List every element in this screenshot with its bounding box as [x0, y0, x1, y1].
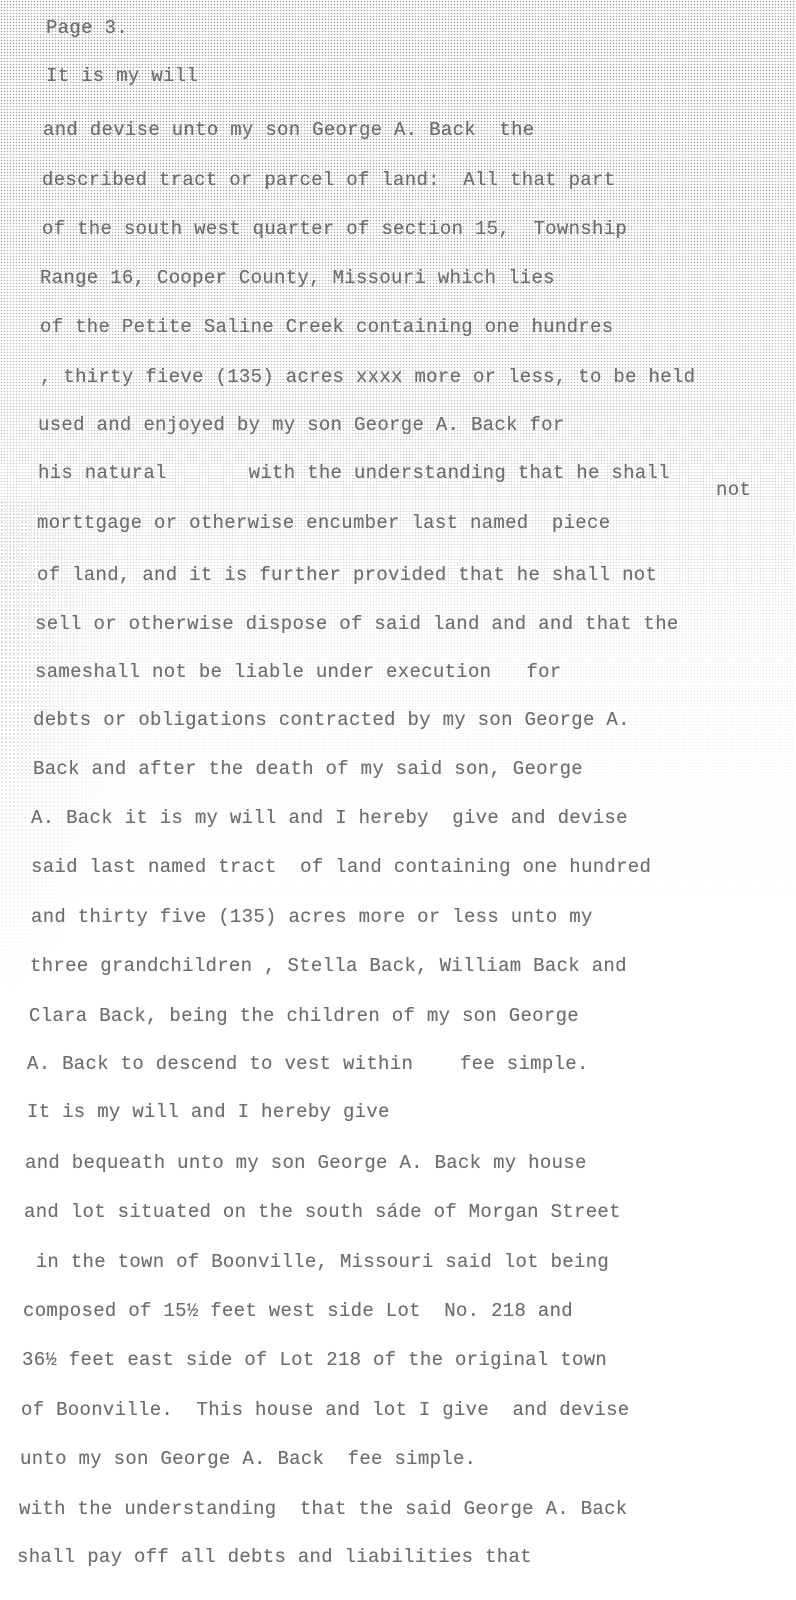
text-line: Clara Back, being the children of my son…: [29, 1004, 579, 1028]
document-page: Page 3. It is my will and devise unto my…: [0, 0, 796, 1600]
interlinear-insert: not: [716, 478, 751, 502]
text-line: sameshall not be liable under execution …: [35, 660, 562, 684]
text-line: said last named tract of land containing…: [31, 855, 651, 879]
text-line: and lot situated on the south sáde of Mo…: [24, 1200, 621, 1224]
text-line: with the understanding that the said Geo…: [19, 1497, 628, 1521]
text-line: morttgage or otherwise encumber last nam…: [37, 511, 610, 535]
text-line: unto my son George A. Back fee simple.: [20, 1447, 476, 1471]
text-line: debts or obligations contracted by my so…: [33, 708, 630, 732]
page-header: Page 3.: [46, 16, 128, 40]
text-line: Range 16, Cooper County, Missouri which …: [40, 266, 555, 290]
text-line: and bequeath unto my son George A. Back …: [25, 1151, 587, 1175]
text-line: A. Back to descend to vest within fee si…: [27, 1052, 589, 1076]
text-line: sell or otherwise dispose of said land a…: [35, 612, 679, 636]
text-line: shall pay off all debts and liabilities …: [17, 1545, 532, 1569]
text-line: and thirty five (135) acres more or less…: [31, 905, 593, 929]
text-line: It is my will and I hereby give: [27, 1100, 390, 1124]
text-line: three grandchildren , Stella Back, Willi…: [30, 954, 627, 978]
text-line: A. Back it is my will and I hereby give …: [31, 806, 628, 830]
text-line: , thirty fieve (135) acres xxxx more or …: [40, 365, 695, 389]
text-line: of Boonville. This house and lot I give …: [21, 1398, 630, 1422]
text-line: of the south west quarter of section 15,…: [42, 217, 627, 241]
text-line: Back and after the death of my said son,…: [33, 757, 583, 781]
text-line: of the Petite Saline Creek containing on…: [40, 315, 613, 339]
text-line: of land, and it is further provided that…: [37, 563, 657, 587]
text-line: his natural with the understanding that …: [38, 461, 670, 485]
text-line: and devise unto my son George A. Back th…: [43, 118, 534, 142]
text-line: in the town of Boonville, Missouri said …: [24, 1250, 609, 1274]
text-line: used and enjoyed by my son George A. Bac…: [38, 413, 565, 437]
text-line: It is my will: [46, 64, 198, 88]
text-line: 36½ feet east side of Lot 218 of the ori…: [22, 1348, 607, 1372]
text-line: composed of 15½ feet west side Lot No. 2…: [23, 1299, 573, 1323]
text-line: described tract or parcel of land: All t…: [42, 168, 615, 192]
